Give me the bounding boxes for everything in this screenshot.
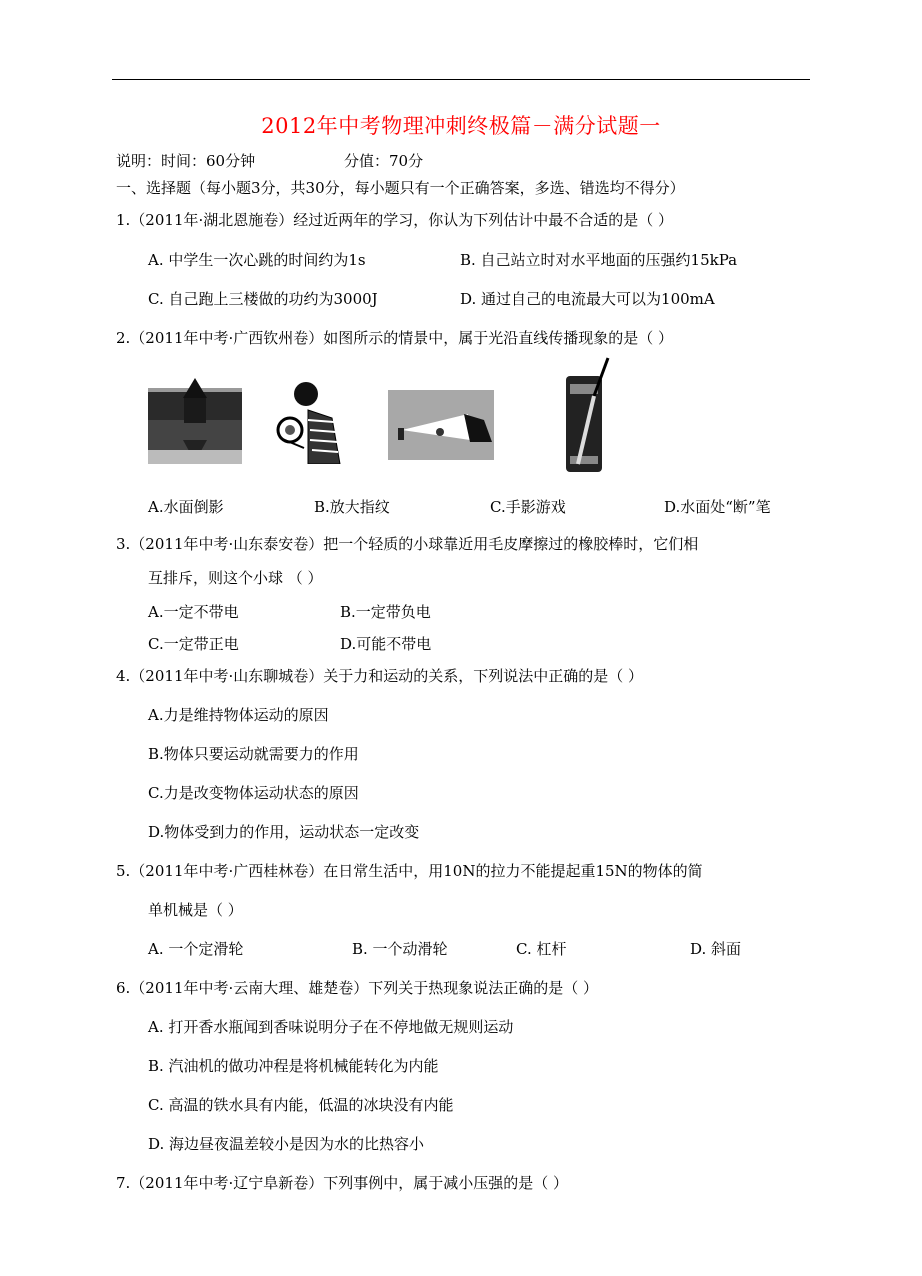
question-3-option-c: C.一定带正电: [148, 633, 239, 654]
question-3-option-a: A.一定不带电: [148, 601, 239, 622]
question-3-stem-line2: 互排斥，则这个小球 （ ）: [148, 567, 323, 588]
header-rule: [112, 79, 810, 80]
question-3-stem-line1: 3.（2011年中考·山东泰安卷）把一个轻质的小球靠近用毛皮摩擦过的橡胶棒时，它…: [116, 533, 698, 554]
hand-shadow-game-image: [388, 390, 494, 460]
question-5-option-d: D. 斜面: [690, 938, 741, 959]
reflection-in-water-image: [148, 378, 242, 464]
question-5-stem-line1: 5.（2011年中考·广西桂林卷）在日常生活中，用10N的拉力不能提起重15N的…: [116, 860, 703, 881]
figure-caption-a: A.水面倒影: [148, 496, 224, 517]
question-6-option-c: C. 高温的铁水具有内能，低温的冰块没有内能: [148, 1094, 453, 1115]
question-4-stem: 4.（2011年中考·山东聊城卷）关于力和运动的关系，下列说法中正确的是（ ）: [116, 665, 643, 686]
question-1-option-a: A. 中学生一次心跳的时间约为1s: [148, 249, 366, 270]
question-5-option-c: C. 杠杆: [516, 938, 566, 959]
question-1-option-b: B. 自己站立时对水平地面的压强约15kPa: [460, 249, 737, 270]
page-title: 2012年中考物理冲刺终极篇－满分试题一: [0, 110, 922, 140]
question-1-option-d: D. 通过自己的电流最大可以为100mA: [460, 288, 715, 309]
question-6-option-a: A. 打开香水瓶闻到香味说明分子在不停地做无规则运动: [148, 1016, 513, 1037]
question-7-stem: 7.（2011年中考·辽宁阜新卷）下列事例中，属于减小压强的是（ ）: [116, 1172, 568, 1193]
note-time: 说明：时间：60分钟: [116, 150, 255, 171]
section-heading: 一、选择题（每小题3分，共30分，每小题只有一个正确答案，多选、错选均不得分）: [116, 177, 685, 198]
question-4-option-c: C.力是改变物体运动状态的原因: [148, 782, 359, 803]
question-1-option-c: C. 自己跑上三楼做的功约为3000J: [148, 288, 378, 309]
question-6-option-b: B. 汽油机的做功冲程是将机械能转化为内能: [148, 1055, 439, 1076]
question-6-option-d: D. 海边昼夜温差较小是因为水的比热容小: [148, 1133, 424, 1154]
question-4-option-a: A.力是维持物体运动的原因: [148, 704, 329, 725]
question-3-option-b: B.一定带负电: [340, 601, 431, 622]
question-2-stem: 2.（2011年中考·广西钦州卷）如图所示的情景中，属于光沿直线传播现象的是（ …: [116, 327, 673, 348]
question-5-option-a: A. 一个定滑轮: [148, 938, 243, 959]
question-4-option-b: B.物体只要运动就需要力的作用: [148, 743, 359, 764]
figure-caption-c: C.手影游戏: [490, 496, 566, 517]
question-1-stem: 1.（2011年·湖北恩施卷）经过近两年的学习，你认为下列估计中最不合适的是（ …: [116, 209, 673, 230]
figure-caption-d: D.水面处“断”笔: [664, 496, 771, 517]
question-5-option-b: B. 一个动滑轮: [352, 938, 448, 959]
figure-caption-b: B.放大指纹: [314, 496, 390, 517]
note-score: 分值：70分: [344, 150, 423, 171]
broken-pencil-in-water-image: [560, 356, 616, 472]
question-6-stem: 6.（2011年中考·云南大理、雄楚卷）下列关于热现象说法正确的是（ ）: [116, 977, 598, 998]
question-5-stem-line2: 单机械是（ ）: [148, 899, 243, 920]
question-3-option-d: D.可能不带电: [340, 633, 431, 654]
question-4-option-d: D.物体受到力的作用，运动状态一定改变: [148, 821, 419, 842]
magnifying-fingerprint-image: [268, 380, 348, 464]
